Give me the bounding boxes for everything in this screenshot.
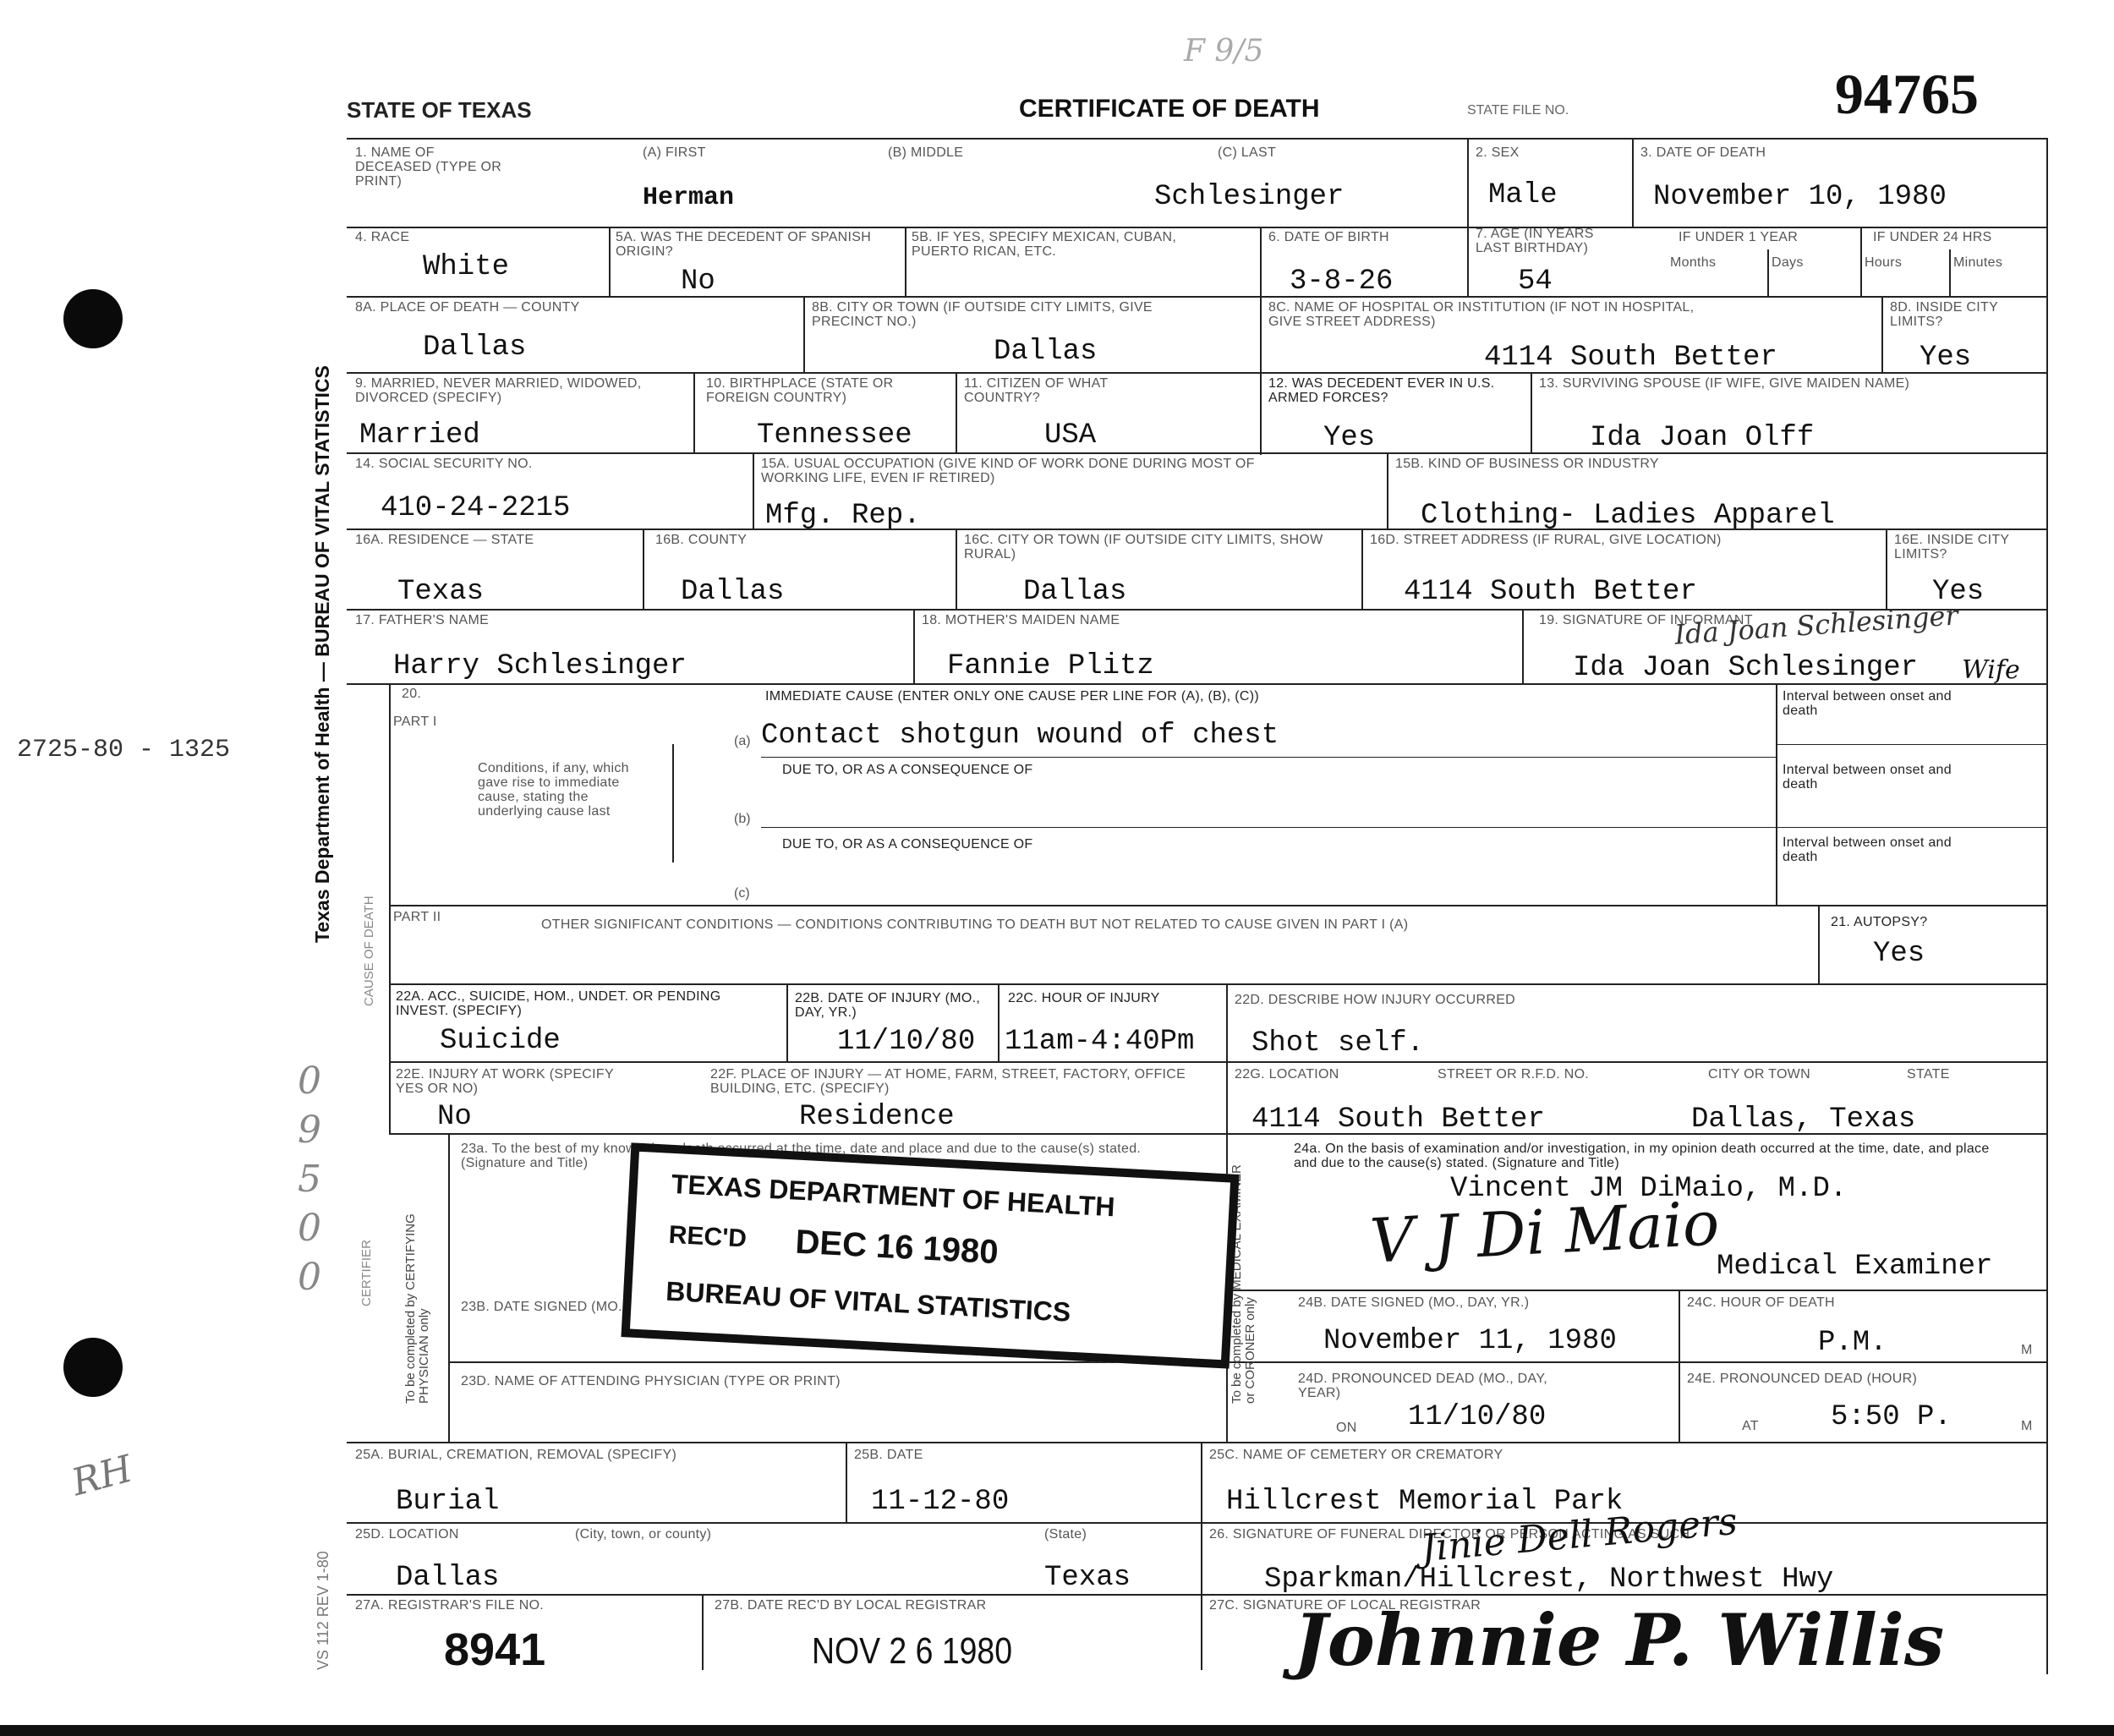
label-residence-city: 16c. CITY OR TOWN (If outside city limit… [964, 533, 1353, 561]
citizen-of: USA [1044, 420, 1096, 451]
label-25b: 25b. DATE [854, 1448, 923, 1462]
residence-county: Dallas [681, 577, 784, 607]
label-interval-2: Interval between onset and death [1783, 763, 1985, 791]
label-mother-name: 18. MOTHER'S MAIDEN NAME [922, 613, 1120, 627]
cause-of-death-side-label: CAUSE OF DEATH [362, 895, 376, 1006]
father-name: Harry Schlesinger [393, 651, 687, 682]
label-residence-inside-limits: 16e. INSIDE CITY LIMITS? [1894, 533, 2046, 561]
received-stamp: TEXAS DEPARTMENT OF HEALTH REC'D DEC 16 … [621, 1142, 1239, 1368]
death-county: Dallas [423, 332, 526, 363]
label-date-of-birth: 6. DATE OF BIRTH [1268, 230, 1389, 244]
label-inside-limits: 8d. INSIDE CITY LIMITS? [1890, 300, 2042, 329]
sex: Male [1488, 180, 1558, 211]
label-23d: 23d. NAME OF ATTENDING PHYSICIAN (Type o… [461, 1374, 841, 1388]
label-residence-county: 16b. COUNTY [655, 533, 747, 547]
label-25a: 25a. BURIAL, CREMATION, REMOVAL (Specify… [355, 1448, 676, 1462]
label-marital-status: 9. MARRIED, NEVER MARRIED, WIDOWED, DIVO… [355, 376, 660, 405]
informant-typed-name: Ida Joan Schlesinger [1573, 653, 1918, 683]
disposition: Burial [396, 1487, 499, 1517]
cemetery: Hillcrest Memorial Park [1226, 1487, 1623, 1517]
physician-side-label: To be completed by CERTIFYING PHYSICIAN … [404, 1150, 431, 1404]
residence-state: Texas [397, 577, 484, 607]
armed-forces: Yes [1323, 423, 1375, 453]
state-file-number: 94765 [1835, 61, 1979, 128]
label-under-1-year: IF UNDER 1 YEAR [1679, 230, 1798, 244]
registrar-date: NOV 2 6 1980 [812, 1630, 1012, 1673]
injury-at-work: No [437, 1102, 472, 1132]
funeral-home: Sparkman/Hillcrest, Northwest Hwy [1264, 1564, 1833, 1595]
label-death-city: 8b. CITY OR TOWN (If outside city limits… [812, 300, 1209, 329]
stamp-rec-label: REC'D [668, 1221, 748, 1254]
business: Clothing- Ladies Apparel [1421, 501, 1835, 531]
top-scribble: F 9/5 [1184, 34, 1263, 68]
death-city: Dallas [994, 337, 1097, 367]
label-age: 7. AGE (In years last birthday) [1476, 227, 1628, 255]
label-25d: 25d. LOCATION [355, 1527, 459, 1542]
label-spouse: 13. SURVIVING SPOUSE (If wife, give maid… [1539, 376, 2046, 391]
punch-hole-top [63, 289, 123, 348]
ssn: 410-24-2215 [381, 493, 570, 523]
label-injury-location: 22g. LOCATION [1235, 1067, 1339, 1082]
label-c: (c) [734, 886, 750, 901]
label-24d-on: ON [1336, 1421, 1357, 1435]
injury-street: 4114 South Better [1251, 1104, 1545, 1135]
marital-status: Married [359, 420, 480, 451]
manner-of-death: Suicide [440, 1026, 561, 1056]
label-24e: 24e. PRONOUNCED DEAD (Hour) [1687, 1372, 1917, 1386]
label-birthplace: 10. BIRTHPLACE (State or foreign country… [706, 376, 951, 405]
label-injury-place: 22f. PLACE OF INJURY — At home, farm, st… [710, 1067, 1218, 1096]
residence-city: Dallas [1023, 577, 1126, 607]
label-injury-city: CITY OR TOWN [1708, 1067, 1810, 1082]
label-20: 20. [402, 687, 421, 701]
label-under-24-hrs: IF UNDER 24 HRS [1873, 230, 1992, 244]
label-armed-forces: 12. WAS DECEDENT EVER IN U.S. ARMED FORC… [1268, 376, 1522, 405]
examiner-date-signed: November 11, 1980 [1323, 1326, 1617, 1356]
label-specify-origin: 5b. IF YES, SPECIFY MEXICAN, CUBAN, PUER… [912, 230, 1199, 259]
death-inside-limits: Yes [1920, 342, 1971, 373]
label-sex: 2. SEX [1476, 145, 1520, 160]
informant-relationship: Wife [1962, 655, 2020, 685]
label-part-1: PART I [393, 715, 437, 729]
label-m1: M [2021, 1343, 2033, 1357]
label-part-2: PART II [393, 910, 441, 924]
disposition-date: 11-12-80 [871, 1487, 1009, 1517]
label-manner: 22a. ACC., SUICIDE, HOM., UNDET. OR PEND… [396, 989, 751, 1018]
pronounced-hour: 5:50 P. [1831, 1402, 1952, 1432]
label-spanish-origin: 5a. WAS THE DECEDENT OF SPANISH ORIGIN? [616, 230, 895, 259]
stamp-line-1: TEXAS DEPARTMENT OF HEALTH [671, 1169, 1115, 1223]
birthplace: Tennessee [757, 420, 912, 451]
label-injury-state: STATE [1907, 1067, 1950, 1082]
label-24a: 24a. On the basis of examination and/or … [1294, 1142, 1996, 1170]
label-conditions: Conditions, if any, which gave rise to i… [478, 761, 647, 819]
margin-vertical-number: 09500 [298, 1057, 331, 1302]
label-24b: 24b. DATE SIGNED (Mo., Day, Yr.) [1298, 1295, 1529, 1310]
form-number: VS 112 REV 1-80 [315, 1551, 332, 1670]
left-initials: RH [68, 1448, 137, 1505]
examiner-title: Medical Examiner [1717, 1251, 1992, 1282]
label-24c: 24c. HOUR OF DEATH [1687, 1295, 1835, 1310]
state-header: STATE OF TEXAS [347, 97, 532, 123]
side-title: Texas Department of Health — BUREAU OF V… [311, 365, 334, 943]
label-injury-street: STREET OR R.F.D. NO. [1438, 1067, 1589, 1082]
state-file-label: STATE FILE NO. [1467, 103, 1569, 118]
label-27a: 27a. REGISTRAR'S FILE NO. [355, 1598, 544, 1613]
label-autopsy: 21. AUTOPSY? [1831, 915, 1927, 929]
label-occupation: 15a. USUAL OCCUPATION (Give kind of work… [761, 457, 1268, 485]
label-residence-state: 16a. RESIDENCE — STATE [355, 533, 534, 547]
spanish-origin: No [681, 266, 715, 297]
label-hospital: 8c. NAME OF HOSPITAL OR INSTITUTION (If … [1268, 300, 1725, 329]
label-hours: Hours [1865, 255, 1902, 270]
cause-a: Contact shotgun wound of chest [761, 720, 1279, 751]
autopsy: Yes [1873, 939, 1925, 969]
injury-hour: 11am-4:40Pm [1005, 1027, 1194, 1057]
label-business: 15b. KIND OF BUSINESS OR INDUSTRY [1395, 457, 1659, 471]
label-24e-at: AT [1742, 1419, 1759, 1433]
label-first: (a) First [643, 145, 706, 160]
injury-date: 11/10/80 [837, 1027, 975, 1057]
punch-hole-bottom [63, 1338, 123, 1397]
first-name: Herman [643, 183, 734, 213]
label-last: (c) Last [1218, 145, 1276, 160]
certificate-title: CERTIFICATE OF DEATH [1019, 95, 1320, 123]
registrar-signature: Johnnie P. Willis [1294, 1598, 1944, 1682]
label-interval-3: Interval between onset and death [1783, 835, 1985, 864]
label-due-to-2: DUE TO, OR AS A CONSEQUENCE OF [782, 837, 1032, 852]
label-race: 4. RACE [355, 230, 409, 244]
label-injury-hour: 22c. HOUR OF INJURY [1008, 991, 1177, 1005]
occupation: Mfg. Rep. [765, 501, 921, 531]
label-injury-at-work: 22e. INJURY AT WORK (Specify yes or no) [396, 1067, 624, 1096]
label-25d-state: (State) [1044, 1527, 1087, 1542]
label-25c: 25c. NAME OF CEMETERY OR CREMATORY [1209, 1448, 1503, 1462]
death-address: 4114 South Better [1484, 342, 1777, 373]
certifier-side-label: CERTIFIER [359, 1240, 374, 1306]
registrar-file-number: 8941 [444, 1624, 545, 1676]
label-injury-how: 22d. DESCRIBE HOW INJURY OCCURRED [1235, 993, 1515, 1007]
label-b: (b) [734, 812, 751, 827]
label-ssn: 14. SOCIAL SECURITY NO. [355, 457, 533, 471]
residence-street: 4114 South Better [1404, 577, 1697, 607]
scan-edge [0, 1725, 2114, 1736]
label-place-of-death-county: 8a. PLACE OF DEATH — COUNTY [355, 300, 580, 315]
injury-city-state: Dallas, Texas [1691, 1104, 1915, 1135]
date-of-death: November 10, 1980 [1653, 182, 1947, 212]
label-residence-street: 16d. STREET ADDRESS (If rural, give loca… [1370, 533, 1877, 547]
label-minutes: Minutes [1953, 255, 2002, 270]
race: White [423, 252, 509, 282]
age: 54 [1518, 266, 1553, 297]
label-months: Months [1670, 255, 1716, 270]
surviving-spouse: Ida Joan Olff [1590, 423, 1814, 453]
label-interval-1: Interval between onset and death [1783, 689, 1985, 718]
label-a: (a) [734, 734, 751, 749]
injury-place: Residence [799, 1102, 955, 1132]
label-m2: M [2021, 1419, 2033, 1433]
label-date-of-death: 3. DATE OF DEATH [1640, 145, 1766, 160]
label-due-to-1: DUE TO, OR AS A CONSEQUENCE OF [782, 763, 1032, 777]
label-days: Days [1772, 255, 1804, 270]
label-25d-city: (City, town, or county) [575, 1527, 711, 1542]
label-injury-date: 22b. DATE OF INJURY (Mo., Day, Yr.) [795, 991, 989, 1020]
cemetery-state: Texas [1044, 1563, 1131, 1593]
date-of-birth: 3-8-26 [1290, 266, 1393, 297]
pronounced-date: 11/10/80 [1408, 1402, 1546, 1432]
label-father-name: 17. FATHER'S NAME [355, 613, 489, 627]
margin-number: 2725-80 - 1325 [17, 736, 230, 764]
label-27b: 27b. DATE REC'D BY LOCAL REGISTRAR [715, 1598, 987, 1613]
label-citizen: 11. CITIZEN OF WHAT COUNTRY? [964, 376, 1184, 405]
stamp-date: DEC 16 1980 [794, 1224, 999, 1273]
label-middle: (b) Middle [888, 145, 963, 160]
examiner-hour: P.M. [1818, 1328, 1887, 1358]
injury-how: Shot self. [1251, 1028, 1424, 1059]
mother-maiden-name: Fannie Plitz [947, 651, 1154, 682]
label-24d: 24d. PRONOUNCED DEAD (Mo., Day, Year) [1298, 1372, 1552, 1400]
cemetery-city: Dallas [396, 1563, 499, 1593]
last-name: Schlesinger [1154, 182, 1344, 212]
label-name: 1. NAME OF DECEASED (Type or print) [355, 145, 507, 189]
label-other-conditions: OTHER SIGNIFICANT CONDITIONS — CONDITION… [541, 917, 1408, 932]
label-immediate-cause: IMMEDIATE CAUSE (Enter only one cause pe… [765, 689, 1259, 704]
stamp-line-3: BUREAU OF VITAL STATISTICS [665, 1276, 1071, 1328]
